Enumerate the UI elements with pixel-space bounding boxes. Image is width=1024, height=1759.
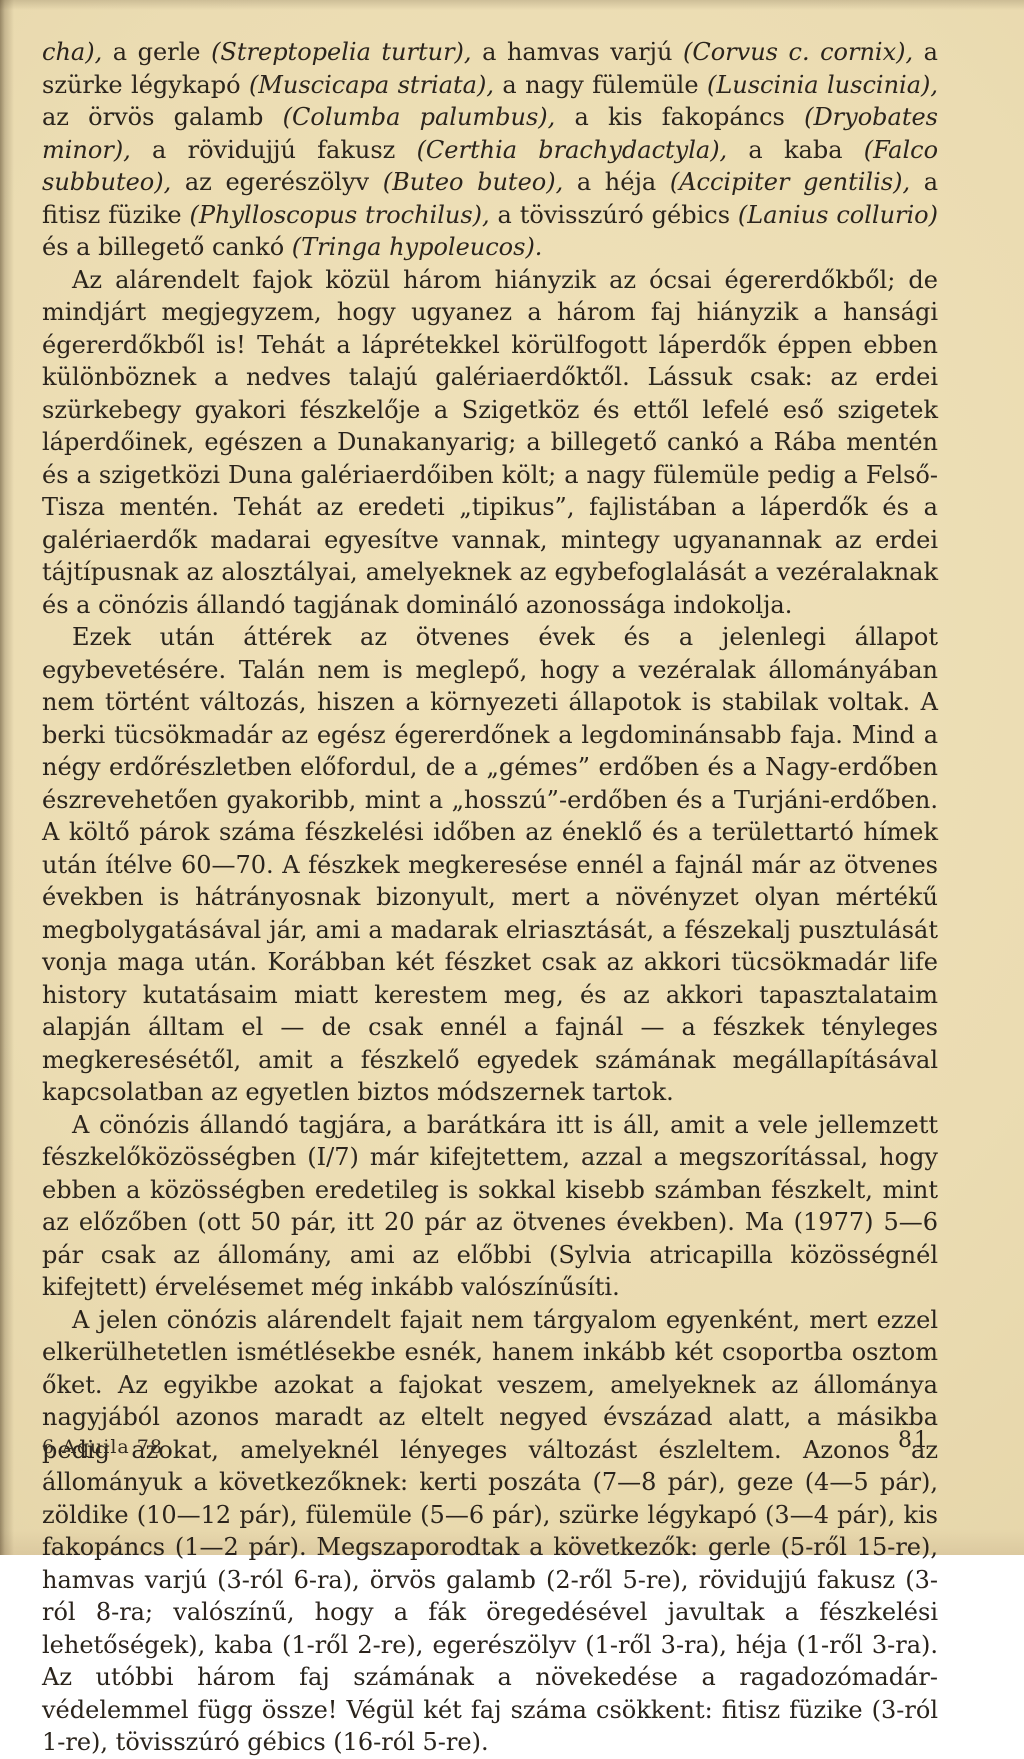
species-name: (Muscicapa striata), [249,71,494,99]
text-run: az örvös galamb [42,103,283,131]
text-run: A cönózis állandó tagjára, a barátkára i… [42,1111,938,1302]
species-name: (Certhia brachydactyla), [417,136,728,164]
species-name: (Luscinia luscinia), [707,71,938,99]
text-run: a kis fakopáncs [555,103,804,131]
species-name: (Corvus c. cornix), [683,38,913,66]
text-run: a gerle [102,38,211,66]
signature-mark: 6 Aquila 78 [42,1436,163,1458]
text-run: és a billegető cankó [42,233,292,261]
paragraph: Ezek után áttérek az ötvenes évek és a j… [42,621,938,1109]
text-run: A jelen cönózis alárendelt fajait nem tá… [42,1306,938,1556]
paragraph: A jelen cönózis alárendelt fajait nem tá… [42,1304,938,1556]
species-name: (Accipiter gentilis), [670,168,910,196]
paragraph: cha), a gerle (Streptopelia turtur), a h… [42,36,938,264]
text-run: Ezek után áttérek az ötvenes évek és a j… [42,623,938,1106]
species-name: (Columba palumbus), [283,103,556,131]
book-page: cha), a gerle (Streptopelia turtur), a h… [0,0,1024,1555]
paragraph: Az alárendelt fajok közül három hiányzik… [42,264,938,622]
text-run: a hamvas varjú [472,38,683,66]
page-text: cha), a gerle (Streptopelia turtur), a h… [42,36,938,1555]
species-name: (Phylloscopus trochilus), [190,201,490,229]
species-name: (Lanius collurio) [738,201,938,229]
page-top-shadow [0,0,1024,10]
paragraph: A cönózis állandó tagjára, a barátkára i… [42,1109,938,1304]
species-name: (Buteo buteo), [383,168,564,196]
text-run: a nagy fülemüle [494,71,707,99]
text-run: a rövidujjú fakusz [131,136,417,164]
text-run: a héja [563,168,670,196]
text-run: a tövisszúró gébics [490,201,738,229]
text-run: az egerészölyv [171,168,382,196]
species-name: (Tringa hypoleucos). [292,233,543,261]
species-name: (Streptopelia turtur), [211,38,472,66]
text-run: Az alárendelt fajok közül három hiányzik… [42,266,938,619]
page-binding-shadow [0,0,14,1555]
text-run: a kaba [727,136,864,164]
page-number: 81 [898,1428,930,1453]
species-name: cha), [42,38,102,66]
